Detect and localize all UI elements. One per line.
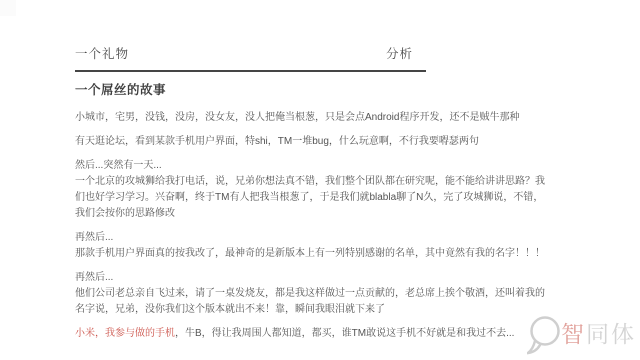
watermark-logo-zhi: 智 <box>561 321 586 347</box>
paragraph: 然后...突然有一天...一个北京的攻城狮给我打电话，说，兄弟你想法真不错，我们… <box>75 158 547 222</box>
paragraph: 再然后...他们公司老总亲自飞过来，请了一桌发烧友，都是我这样做过一点贡献的，老… <box>75 270 547 318</box>
article: 一个屌丝的故事 小城市，宅男，没钱，没房，没女友，没人把俺当根葱，只是会点And… <box>75 82 547 342</box>
paragraph-text: 他们公司老总亲自飞过来，请了一桌发烧友，都是我这样做过一点贡献的，老总席上挨个敬… <box>75 288 545 315</box>
slide-page: 智同体 一个礼物 分析 一个屌丝的故事 小城市，宅男，没钱，没房，没女友，没人把… <box>0 0 640 360</box>
closing-line: 小米，我参与做的手机，牛B，得让我周围人都知道，都买，谁TM敢说这手机不好就是和… <box>75 326 547 342</box>
tab-analysis[interactable]: 分析 <box>386 44 413 62</box>
paragraph-lead: 再然后... <box>75 230 547 246</box>
corner-square <box>0 0 16 16</box>
header-tabs: 一个礼物 分析 <box>75 44 426 72</box>
tab-gift[interactable]: 一个礼物 <box>75 44 129 62</box>
paragraph-lead: 然后...突然有一天... <box>75 158 547 174</box>
story-title: 一个屌丝的故事 <box>75 82 547 98</box>
watermark-logo-tongti: 同体 <box>586 321 636 347</box>
paragraph-text: 一个北京的攻城狮给我打电话，说，兄弟你想法真不错，我们整个团队都在研究呢，能不能… <box>75 176 545 219</box>
paragraph-text: 那款手机用户界面真的按我改了，最神奇的是新版本上有一列特别感谢的名单，其中竟然有… <box>75 248 545 259</box>
paragraph: 小城市，宅男，没钱，没房，没女友，没人把俺当根葱，只是会点Android程序开发… <box>75 110 547 126</box>
watermark-logo: 智同体 <box>561 316 636 349</box>
closing-highlight: 小米，我参与做的手机 <box>75 328 175 339</box>
paragraph-text: 有天逛论坛，看到某款手机用户界面，特shi，TM一堆bug，什么玩意啊，不行我要… <box>75 136 479 147</box>
paragraph-lead: 再然后... <box>75 270 547 286</box>
paragraph: 再然后...那款手机用户界面真的按我改了，最神奇的是新版本上有一列特别感谢的名单… <box>75 230 547 262</box>
paragraph-text: 小城市，宅男，没钱，没房，没女友，没人把俺当根葱，只是会点Android程序开发… <box>75 112 519 123</box>
closing-rest: ，牛B，得让我周围人都知道，都买，谁TM敢说这手机不好就是和我过不去... <box>175 328 514 339</box>
paragraph: 有天逛论坛，看到某款手机用户界面，特shi，TM一堆bug，什么玩意啊，不行我要… <box>75 134 547 150</box>
